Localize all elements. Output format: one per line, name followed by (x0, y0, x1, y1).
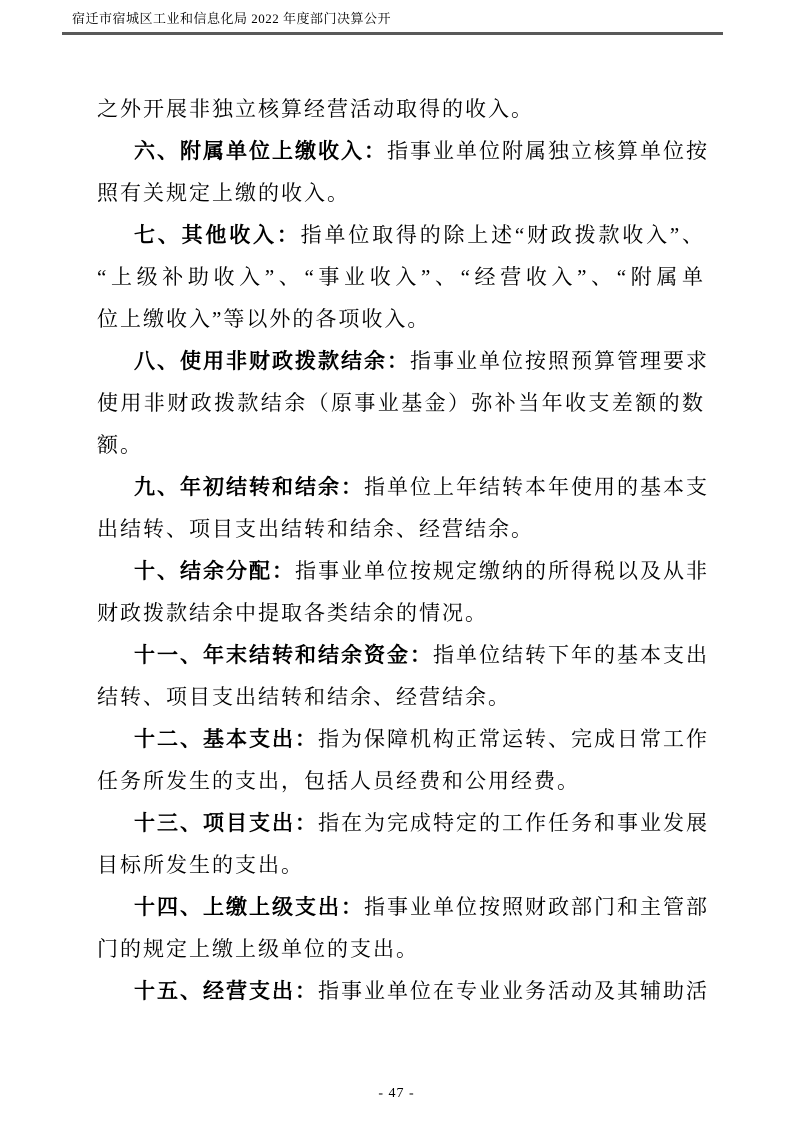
body-text: 指单位结转下年的基本支出 (433, 643, 709, 667)
body-text: 结转、项目支出结转和结余、经营结余。 (97, 685, 511, 709)
body-text: 任务所发生的支出，包括人员经费和公用经费。 (97, 769, 580, 793)
body-text: 指单位上年结转本年使用的基本支 (364, 475, 709, 499)
text-line: 十、结余分配：指事业单位按规定缴纳的所得税以及从非 (97, 550, 705, 592)
term-heading: 十四、上缴上级支出： (134, 895, 364, 919)
term-heading: 十三、项目支出： (134, 811, 318, 835)
text-line: 任务所发生的支出，包括人员经费和公用经费。 (97, 760, 705, 802)
body-text: 目标所发生的支出。 (97, 853, 304, 877)
text-line: 七、其他收入：指单位取得的除上述“财政拨款收入”、 (97, 214, 705, 256)
text-line: 十五、经营支出：指事业单位在专业业务活动及其辅助活 (97, 970, 705, 1012)
text-line: 十三、项目支出：指在为完成特定的工作任务和事业发展 (97, 802, 705, 844)
term-heading: 十二、基本支出： (134, 727, 318, 751)
body-text: 之外开展非独立核算经营活动取得的收入。 (97, 97, 534, 121)
document-body: 之外开展非独立核算经营活动取得的收入。六、附属单位上缴收入：指事业单位附属独立核… (97, 88, 705, 1012)
body-text: “上级补助收入”、“事业收入”、“经营收入”、“附属单 (97, 265, 705, 289)
body-text: 门的规定上缴上级单位的支出。 (97, 937, 419, 961)
text-line: 结转、项目支出结转和结余、经营结余。 (97, 676, 705, 718)
body-text: 照有关规定上缴的收入。 (97, 181, 350, 205)
text-line: 照有关规定上缴的收入。 (97, 172, 705, 214)
text-line: 九、年初结转和结余：指单位上年结转本年使用的基本支 (97, 466, 705, 508)
term-heading: 十五、经营支出： (134, 979, 318, 1003)
text-line: 八、使用非财政拨款结余：指事业单位按照预算管理要求 (97, 340, 705, 382)
page-footer: - 47 - (0, 1084, 793, 1104)
body-text: 位上缴收入”等以外的各项收入。 (97, 307, 430, 331)
body-text: 指事业单位按照财政部门和主管部 (364, 895, 709, 919)
text-line: 十四、上缴上级支出：指事业单位按照财政部门和主管部 (97, 886, 705, 928)
page-number: - 47 - (378, 1086, 414, 1101)
text-line: 十一、年末结转和结余资金：指单位结转下年的基本支出 (97, 634, 705, 676)
body-text: 使用非财政拨款结余（原事业基金）弥补当年收支差额的数 (97, 391, 705, 415)
text-line: 之外开展非独立核算经营活动取得的收入。 (97, 88, 705, 130)
term-heading: 十、结余分配： (134, 559, 295, 583)
term-heading: 八、使用非财政拨款结余： (134, 349, 410, 373)
body-text: 额。 (97, 433, 143, 457)
body-text: 指在为完成特定的工作任务和事业发展 (318, 811, 709, 835)
body-text: 财政拨款结余中提取各类结余的情况。 (97, 601, 488, 625)
body-text: 指事业单位按规定缴纳的所得税以及从非 (295, 559, 709, 583)
text-line: 位上缴收入”等以外的各项收入。 (97, 298, 705, 340)
term-heading: 九、年初结转和结余： (134, 475, 364, 499)
body-text: 指事业单位附属独立核算单位按 (387, 139, 709, 163)
body-text: 指单位取得的除上述“财政拨款收入”、 (301, 223, 705, 247)
text-line: 出结转、项目支出结转和结余、经营结余。 (97, 508, 705, 550)
document-page: 宿迁市宿城区工业和信息化局 2022 年度部门决算公开 之外开展非独立核算经营活… (0, 0, 793, 1122)
text-line: 门的规定上缴上级单位的支出。 (97, 928, 705, 970)
body-text: 指事业单位在专业业务活动及其辅助活 (318, 979, 709, 1003)
term-heading: 七、其他收入： (134, 223, 301, 247)
body-text: 指为保障机构正常运转、完成日常工作 (318, 727, 709, 751)
text-line: “上级补助收入”、“事业收入”、“经营收入”、“附属单 (97, 256, 705, 298)
header-title: 宿迁市宿城区工业和信息化局 2022 年度部门决算公开 (62, 11, 391, 26)
text-line: 十二、基本支出：指为保障机构正常运转、完成日常工作 (97, 718, 705, 760)
text-line: 额。 (97, 424, 705, 466)
text-line: 六、附属单位上缴收入：指事业单位附属独立核算单位按 (97, 130, 705, 172)
term-heading: 十一、年末结转和结余资金： (134, 643, 433, 667)
term-heading: 六、附属单位上缴收入： (134, 139, 387, 163)
text-line: 使用非财政拨款结余（原事业基金）弥补当年收支差额的数 (97, 382, 705, 424)
body-text: 指事业单位按照预算管理要求 (410, 349, 709, 373)
text-line: 目标所发生的支出。 (97, 844, 705, 886)
body-text: 出结转、项目支出结转和结余、经营结余。 (97, 517, 534, 541)
page-header: 宿迁市宿城区工业和信息化局 2022 年度部门决算公开 (62, 10, 723, 35)
text-line: 财政拨款结余中提取各类结余的情况。 (97, 592, 705, 634)
